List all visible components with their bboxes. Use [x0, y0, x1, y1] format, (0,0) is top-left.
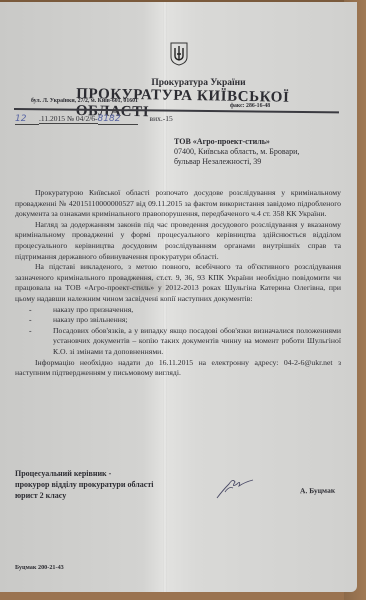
- handwritten-signature-icon: [215, 472, 255, 500]
- org-address: бул. Л. Українки, 27/2, м. Київ-601, 016…: [31, 98, 138, 104]
- letter-page: Прокуратура України ПРОКУРАТУРА КИЇВСЬКО…: [0, 2, 357, 592]
- documents-list: наказу про призначення, наказу про звіль…: [15, 305, 341, 358]
- paragraph-deadline: Інформацію необхідно надати до 16.11.201…: [15, 358, 341, 379]
- paragraph-investigation: Прокуратурою Київської області розпочато…: [15, 188, 341, 220]
- signatory-title: Процесуальний керівник - прокурор відділ…: [15, 468, 153, 501]
- footer-contact: Буцмак 200-21-43: [15, 564, 64, 571]
- list-item: наказу про призначення,: [39, 305, 341, 316]
- ref-outgoing: вих.-15: [150, 114, 173, 123]
- list-item: Посадових обов'язків, а у випадку якщо п…: [39, 326, 341, 358]
- letter-body: Прокуратурою Київської області розпочато…: [15, 188, 341, 379]
- org-parent-name: Прокуратура України: [0, 78, 357, 88]
- org-fax: факс: 286-16-48: [230, 103, 270, 109]
- ref-day: 12: [15, 114, 39, 125]
- recipient-block: ТОВ «Агро-проект-стиль» 07400, Київська …: [174, 137, 299, 167]
- recipient-address-line1: 07400, Київська область, м. Бровари,: [174, 147, 299, 157]
- paragraph-oversight: Нагляд за додержанням законів під час пр…: [15, 220, 341, 262]
- signer-name: А. Буцмак: [300, 486, 335, 496]
- list-item: наказу про звільнення;: [39, 315, 341, 326]
- trident-coat-of-arms-icon: [170, 42, 188, 66]
- recipient-address-line2: бульвар Незалежності, 39: [174, 157, 299, 167]
- recipient-name: ТОВ «Агро-проект-стиль»: [174, 137, 299, 147]
- case-number: 42015110000000527: [69, 199, 134, 208]
- ref-date-number: .11.2015 № 04/2/6-: [39, 114, 98, 124]
- paragraph-request: На підставі викладеного, з метою повного…: [15, 262, 341, 304]
- ref-number-handwritten: 8182: [98, 114, 138, 125]
- reference-line: 12 .11.2015 № 04/2/6- 8182 вих.-15: [15, 114, 173, 125]
